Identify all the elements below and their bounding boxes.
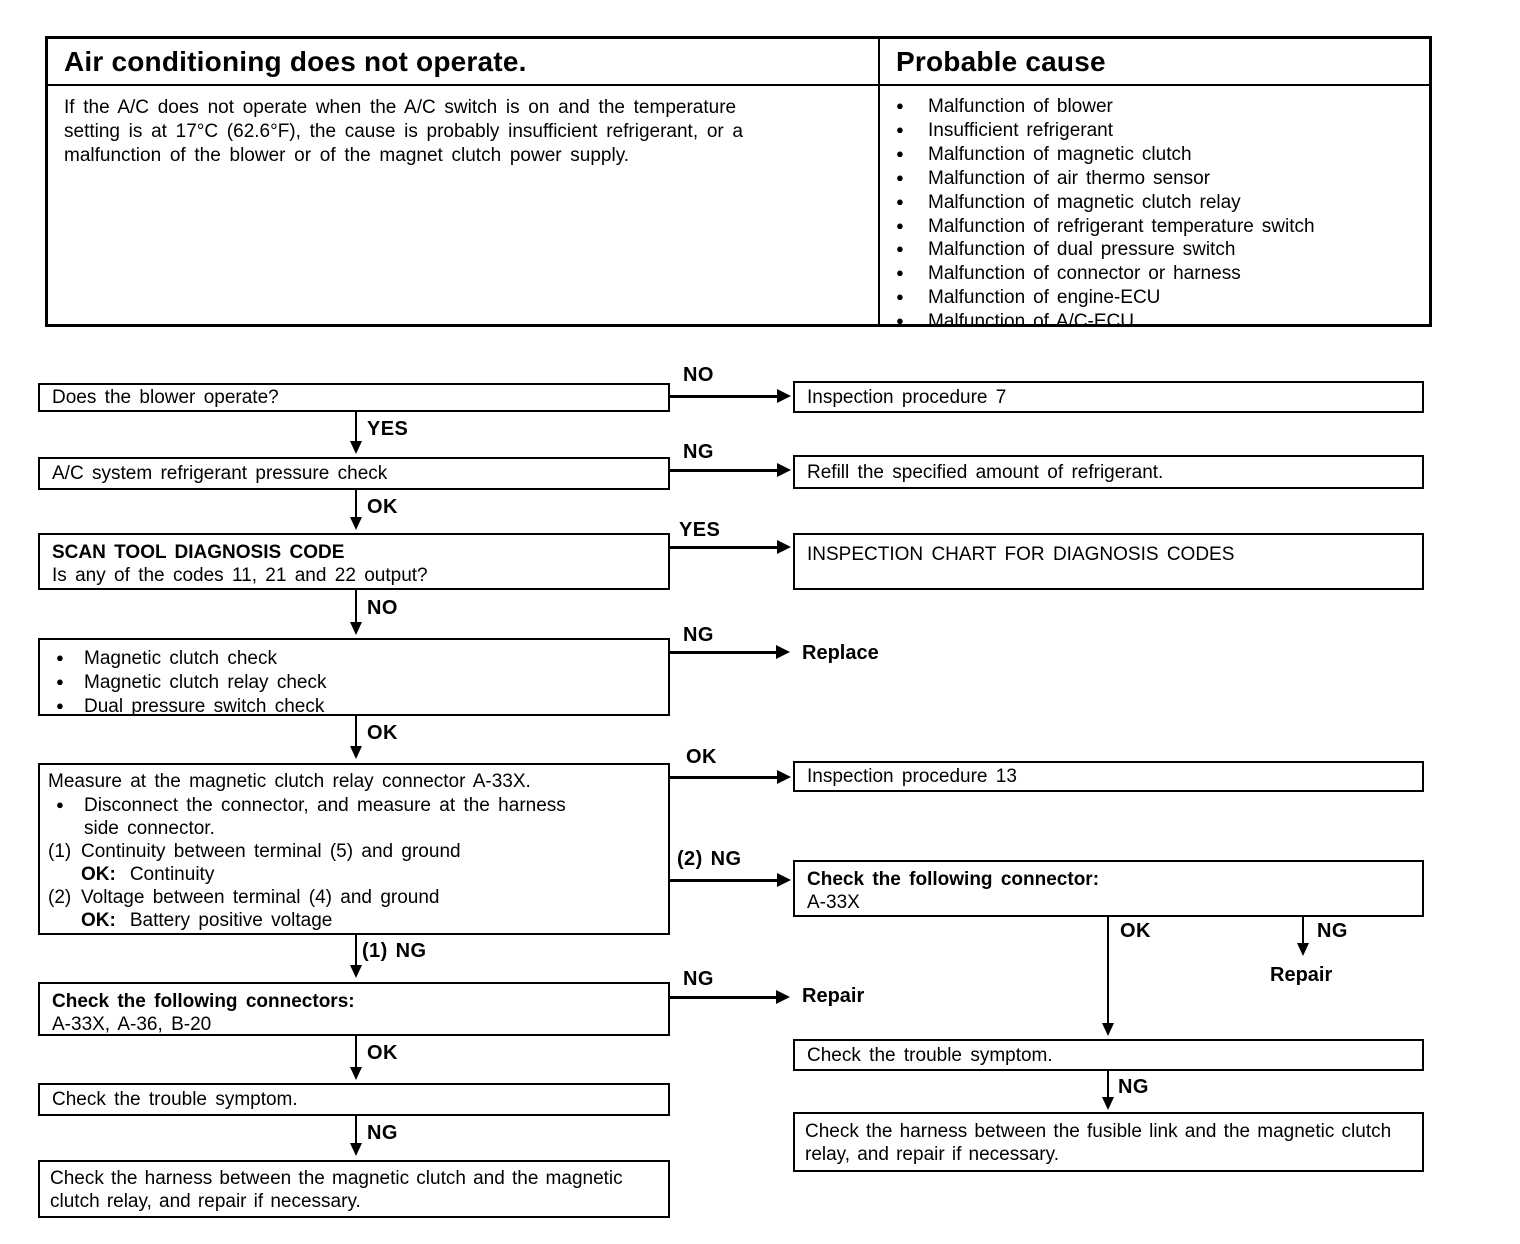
probable-cause-item: ●Malfunction of magnetic clutch relay — [896, 191, 1423, 215]
flow-box-inspection-procedure-7: Inspection procedure 7 — [793, 381, 1424, 413]
bullet-icon: ● — [896, 238, 928, 261]
arrow-right-icon — [776, 645, 790, 659]
scan-tool-question: Is any of the codes 11, 21 and 22 output… — [52, 564, 660, 587]
arrow-right-icon — [776, 990, 790, 1004]
connector-line — [670, 776, 777, 779]
edge-label-ok: OK — [686, 746, 717, 769]
symptom-column: Air conditioning does not operate. If th… — [48, 39, 880, 324]
connector-line — [670, 395, 777, 398]
measure-bullet-line: ●Disconnect the connector, and measure a… — [48, 793, 662, 817]
connector-line — [355, 1036, 357, 1068]
symptom-description: If the A/C does not operate when the A/C… — [48, 86, 878, 168]
arrow-right-icon — [777, 540, 791, 554]
edge-label-yes: YES — [679, 519, 720, 542]
edge-label-ng: NG — [1317, 920, 1348, 943]
flow-box-measure-relay-connector: Measure at the magnetic clutch relay con… — [38, 763, 670, 935]
harness-right-line: relay, and repair if necessary. — [805, 1143, 1414, 1166]
edge-label-yes: YES — [367, 418, 408, 441]
edge-label-2ng: (2) NG — [677, 848, 741, 871]
check-connector-value: A-33X — [807, 891, 1414, 914]
measure-bullet-continuation: side connector. — [48, 817, 662, 840]
troubleshooting-page: Air conditioning does not operate. If th… — [0, 0, 1520, 1244]
arrow-down-icon — [350, 1067, 362, 1080]
bullet-icon: ● — [896, 119, 928, 142]
flow-terminal-repair-left: Repair — [802, 985, 864, 1008]
bullet-icon: ● — [896, 143, 928, 166]
measure-title: Measure at the magnetic clutch relay con… — [48, 770, 662, 793]
edge-label-ok: OK — [367, 1042, 398, 1065]
bullet-icon: ● — [896, 191, 928, 214]
probable-cause-item: ●Malfunction of magnetic clutch — [896, 143, 1423, 167]
probable-cause-item: ●Malfunction of air thermo sensor — [896, 167, 1423, 191]
connector-line — [355, 490, 357, 518]
edge-label-ng: NG — [683, 624, 714, 647]
bullet-icon: ● — [896, 286, 928, 309]
edge-label-no: NO — [367, 597, 398, 620]
arrow-right-icon — [777, 873, 791, 887]
arrow-down-icon — [350, 622, 362, 635]
arrow-right-icon — [777, 389, 791, 403]
flow-box-inspection-procedure-13: Inspection procedure 13 — [793, 761, 1424, 792]
bullet-icon: ● — [48, 646, 84, 669]
connector-line — [355, 1116, 357, 1144]
arrow-down-icon — [1102, 1097, 1114, 1110]
arrow-right-icon — [777, 463, 791, 477]
probable-cause-item: ●Malfunction of blower — [896, 95, 1423, 119]
bullet-icon: ● — [896, 167, 928, 190]
bullet-icon: ● — [48, 793, 84, 816]
flow-box-check-connectors: Check the following connectors: A-33X, A… — [38, 982, 670, 1036]
connector-line — [1302, 917, 1304, 944]
scan-tool-title: SCAN TOOL DIAGNOSIS CODE — [52, 541, 660, 564]
probable-cause-column: Probable cause ●Malfunction of blower ●I… — [880, 39, 1429, 324]
probable-cause-item: ●Malfunction of refrigerant temperature … — [896, 215, 1423, 239]
connector-line — [1107, 917, 1109, 1024]
symptom-title: Air conditioning does not operate. — [48, 39, 878, 86]
symptom-description-line: malfunction of the blower or of the magn… — [64, 144, 839, 168]
connector-line — [670, 546, 777, 549]
connector-line — [1107, 1071, 1109, 1098]
arrow-down-icon — [350, 1143, 362, 1156]
edge-label-no: NO — [683, 364, 714, 387]
probable-cause-title: Probable cause — [880, 39, 1429, 86]
edge-label-ok: OK — [367, 496, 398, 519]
flow-box-trouble-symptom-right: Check the trouble symptom. — [793, 1039, 1424, 1071]
arrow-down-icon — [350, 965, 362, 978]
measure-item-1-result: OK:Continuity — [48, 863, 662, 886]
harness-left-line: clutch relay, and repair if necessary. — [50, 1190, 660, 1213]
edge-label-ok: OK — [367, 722, 398, 745]
flow-box-refill-refrigerant: Refill the specified amount of refrigera… — [793, 455, 1424, 489]
probable-cause-item: ●Malfunction of engine-ECU — [896, 286, 1423, 310]
component-check-item: ●Dual pressure switch check — [48, 694, 660, 718]
harness-right-line: Check the harness between the fusible li… — [805, 1120, 1414, 1143]
bullet-icon: ● — [896, 262, 928, 285]
flow-box-harness-fusible-link: Check the harness between the fusible li… — [793, 1112, 1424, 1172]
edge-label-1ng: (1) NG — [362, 940, 426, 963]
harness-left-line: Check the harness between the magnetic c… — [50, 1167, 660, 1190]
flow-terminal-repair-right: Repair — [1270, 964, 1332, 987]
flow-box-trouble-symptom-left: Check the trouble symptom. — [38, 1083, 670, 1116]
check-connector-title: Check the following connector: — [807, 868, 1414, 891]
connector-line — [670, 651, 776, 654]
flow-box-check-connector-a33x: Check the following connector: A-33X — [793, 860, 1424, 917]
measure-item-1: (1)Continuity between terminal (5) and g… — [48, 840, 662, 863]
arrow-down-icon — [350, 517, 362, 530]
symptom-description-line: If the A/C does not operate when the A/C… — [64, 96, 839, 120]
flow-box-component-checks: ●Magnetic clutch check ●Magnetic clutch … — [38, 638, 670, 716]
check-connectors-title: Check the following connectors: — [52, 990, 660, 1013]
symptom-description-line: setting is at 17°C (62.6°F), the cause i… — [64, 120, 839, 144]
component-check-item: ●Magnetic clutch check — [48, 646, 660, 670]
flow-terminal-replace: Replace — [802, 642, 879, 665]
probable-cause-item: ●Malfunction of connector or harness — [896, 262, 1423, 286]
edge-label-ng: NG — [683, 968, 714, 991]
arrow-down-icon — [350, 746, 362, 759]
probable-cause-item: ●Malfunction of dual pressure switch — [896, 238, 1423, 262]
arrow-right-icon — [777, 770, 791, 784]
symptom-table: Air conditioning does not operate. If th… — [45, 36, 1432, 327]
probable-cause-item: ●Malfunction of A/C-ECU — [896, 310, 1423, 334]
flow-box-inspection-chart: INSPECTION CHART FOR DIAGNOSIS CODES — [793, 533, 1424, 590]
arrow-down-icon — [1297, 943, 1309, 956]
bullet-icon: ● — [896, 95, 928, 118]
connector-line — [670, 996, 776, 999]
flow-box-harness-magnetic-clutch: Check the harness between the magnetic c… — [38, 1160, 670, 1218]
probable-cause-list: ●Malfunction of blower ●Insufficient ref… — [880, 86, 1429, 334]
bullet-icon: ● — [48, 694, 84, 717]
flow-box-blower-question: Does the blower operate? — [38, 383, 670, 412]
connector-line — [670, 879, 777, 882]
connector-line — [355, 935, 357, 966]
edge-label-ng: NG — [1118, 1076, 1149, 1099]
bullet-icon: ● — [896, 215, 928, 238]
edge-label-ok: OK — [1120, 920, 1151, 943]
arrow-down-icon — [1102, 1023, 1114, 1036]
bullet-icon: ● — [896, 310, 928, 333]
connector-line — [355, 590, 357, 623]
check-connectors-value: A-33X, A-36, B-20 — [52, 1013, 660, 1036]
flow-box-refrigerant-pressure-check: A/C system refrigerant pressure check — [38, 457, 670, 490]
connector-line — [670, 469, 777, 472]
connector-line — [355, 716, 357, 747]
probable-cause-item: ●Insufficient refrigerant — [896, 119, 1423, 143]
edge-label-ng: NG — [683, 441, 714, 464]
bullet-icon: ● — [48, 670, 84, 693]
measure-item-2: (2)Voltage between terminal (4) and grou… — [48, 886, 662, 909]
arrow-down-icon — [350, 441, 362, 454]
edge-label-ng: NG — [367, 1122, 398, 1145]
flow-box-scan-tool-diagnosis: SCAN TOOL DIAGNOSIS CODE Is any of the c… — [38, 533, 670, 590]
connector-line — [355, 412, 357, 443]
measure-item-2-result: OK:Battery positive voltage — [48, 909, 662, 932]
component-check-item: ●Magnetic clutch relay check — [48, 670, 660, 694]
